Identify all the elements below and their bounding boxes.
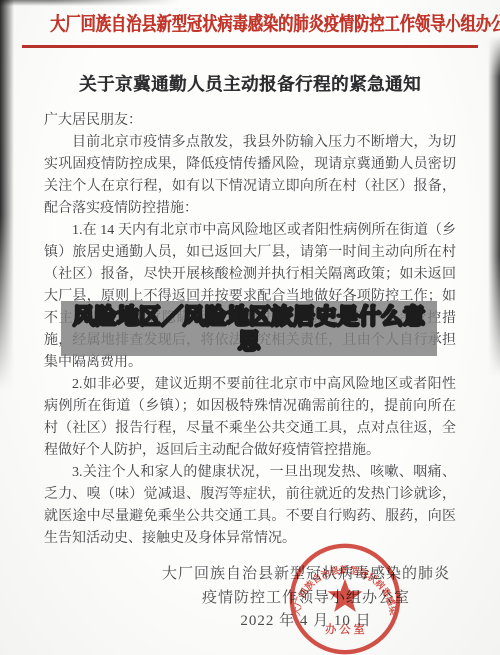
caption-overlay-box: 风险地区／风险地区旅居史是什么意思: [61, 301, 437, 356]
scan-shadow-left: [0, 0, 14, 390]
intro-paragraph: 目前北京市疫情多点散发，我县外防输入压力不断增大，为切实巩固疫情防控成果，降低疫…: [44, 132, 456, 220]
document-title: 关于京冀通勤人员主动报备行程的紧急通知: [0, 71, 500, 96]
official-seal-stamp: 大厂回族自治县新型冠状病毒感染的肺炎疫情防控工作领导小组 办 公 室: [287, 541, 403, 655]
issuer-header: 大厂回族自治县新型冠状病毒感染的肺炎疫情防控工作领导小组办公室: [50, 9, 450, 41]
header-divider-rule: [22, 45, 478, 48]
caption-overlay-text: 风险地区／风险地区旅居史是什么意思: [68, 304, 430, 354]
star-icon: [328, 579, 363, 612]
salutation: 广大居民朋友：: [44, 110, 456, 132]
document-page: 大厂回族自治县新型冠状病毒感染的肺炎疫情防控工作领导小组办公室 关于京冀通勤人员…: [0, 0, 500, 655]
item-3-paragraph: 3.关注个人和家人的健康状况，一旦出现发热、咳嗽、咽痛、乏力、嗅（味）觉减退、腹…: [44, 462, 456, 550]
item-2-paragraph: 2.如非必要，建议近期不要前往北京市中高风险地区或者阳性病例所在街道（乡镇）；如…: [44, 374, 456, 462]
seal-office-label: 办 公 室: [325, 622, 365, 636]
scan-shadow-top: [0, 0, 180, 6]
